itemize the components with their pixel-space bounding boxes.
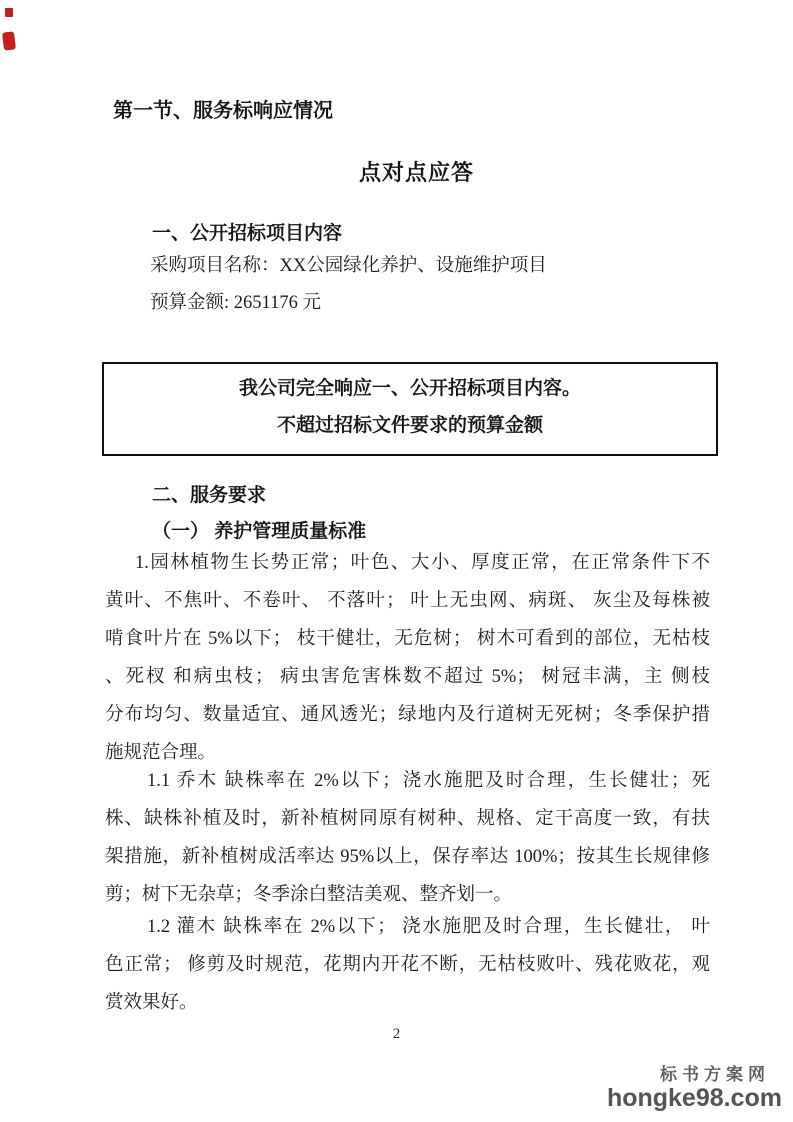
text-line: 1.园林植物生长势正常；叶色、大小、厚度正常，在正常条件下不 — [105, 544, 710, 582]
paragraph-plants-general: 1.园林植物生长势正常；叶色、大小、厚度正常，在正常条件下不黄叶、不焦叶、不卷叶… — [105, 544, 710, 772]
watermark-site-url: hongke98.com — [607, 1086, 782, 1111]
heading-service-requirements: 二、服务要求 — [152, 480, 266, 507]
page-number: 2 — [0, 1026, 793, 1043]
text-line: 1.2 灌木 缺株率在 2%以下； 浇水施肥及时合理，生长健壮， 叶 — [105, 908, 710, 946]
response-statement-line1: 我公司完全响应一、公开招标项目内容。 — [104, 370, 716, 407]
red-ink-stamp-small — [5, 8, 13, 17]
point-to-point-response-subtitle: 点对点应答 — [105, 156, 710, 187]
response-statement-line2: 不超过招标文件要求的预算金额 — [104, 407, 716, 444]
paragraph-shrubs: 1.2 灌木 缺株率在 2%以下； 浇水施肥及时合理，生长健壮， 叶色正常； 修… — [105, 908, 710, 1022]
heading-maintenance-quality-standard: （一） 养护管理质量标准 — [152, 516, 366, 543]
budget-amount: 预算金额: 2651176 元 — [150, 288, 321, 314]
procurement-project-name: 采购项目名称：XX公园绿化养护、设施维护项目 — [150, 251, 547, 277]
text-line: 分布均匀、数量适宜、通风透光；绿地内及行道树无死树；冬季保护措 — [105, 696, 710, 734]
watermark: 标书方案网 hongke98.com — [607, 1066, 782, 1111]
text-line: 1.1 乔木 缺株率在 2%以下；浇水施肥及时合理，生长健壮；死 — [105, 762, 710, 800]
text-line: 色正常； 修剪及时规范，花期内开花不断，无枯枝败叶、残花败花，观 — [105, 946, 710, 984]
text-line: 、死杈 和病虫枝； 病虫害危害株数不超过 5%； 树冠丰满，主 侧枝 — [105, 658, 710, 696]
text-line: 株、缺株补植及时，新补植树同原有树种、规格、定干高度一致，有扶 — [105, 800, 710, 838]
text-line: 啃食叶片在 5%以下； 枝干健壮，无危树； 树木可看到的部位，无枯枝 — [105, 620, 710, 658]
paragraph-arbor-trees: 1.1 乔木 缺株率在 2%以下；浇水施肥及时合理，生长健壮；死株、缺株补植及时… — [105, 762, 710, 914]
section-title: 第一节、服务标响应情况 — [113, 94, 333, 123]
document-page: 第一节、服务标响应情况 点对点应答 一、公开招标项目内容 采购项目名称：XX公园… — [0, 0, 793, 1122]
text-line: 架措施，新补植树成活率达 95%以上，保存率达 100%；按其生长规律修 — [105, 838, 710, 876]
text-line: 赏效果好。 — [105, 984, 710, 1022]
response-statement-box: 我公司完全响应一、公开招标项目内容。 不超过招标文件要求的预算金额 — [102, 362, 718, 456]
heading-open-tender-content: 一、公开招标项目内容 — [152, 218, 342, 245]
red-ink-stamp-large — [2, 31, 16, 50]
watermark-site-name: 标书方案网 — [607, 1066, 770, 1083]
text-line: 黄叶、不焦叶、不卷叶、 不落叶； 叶上无虫网、病斑、 灰尘及每株被 — [105, 582, 710, 620]
page-content: 第一节、服务标响应情况 点对点应答 一、公开招标项目内容 采购项目名称：XX公园… — [105, 0, 710, 1122]
